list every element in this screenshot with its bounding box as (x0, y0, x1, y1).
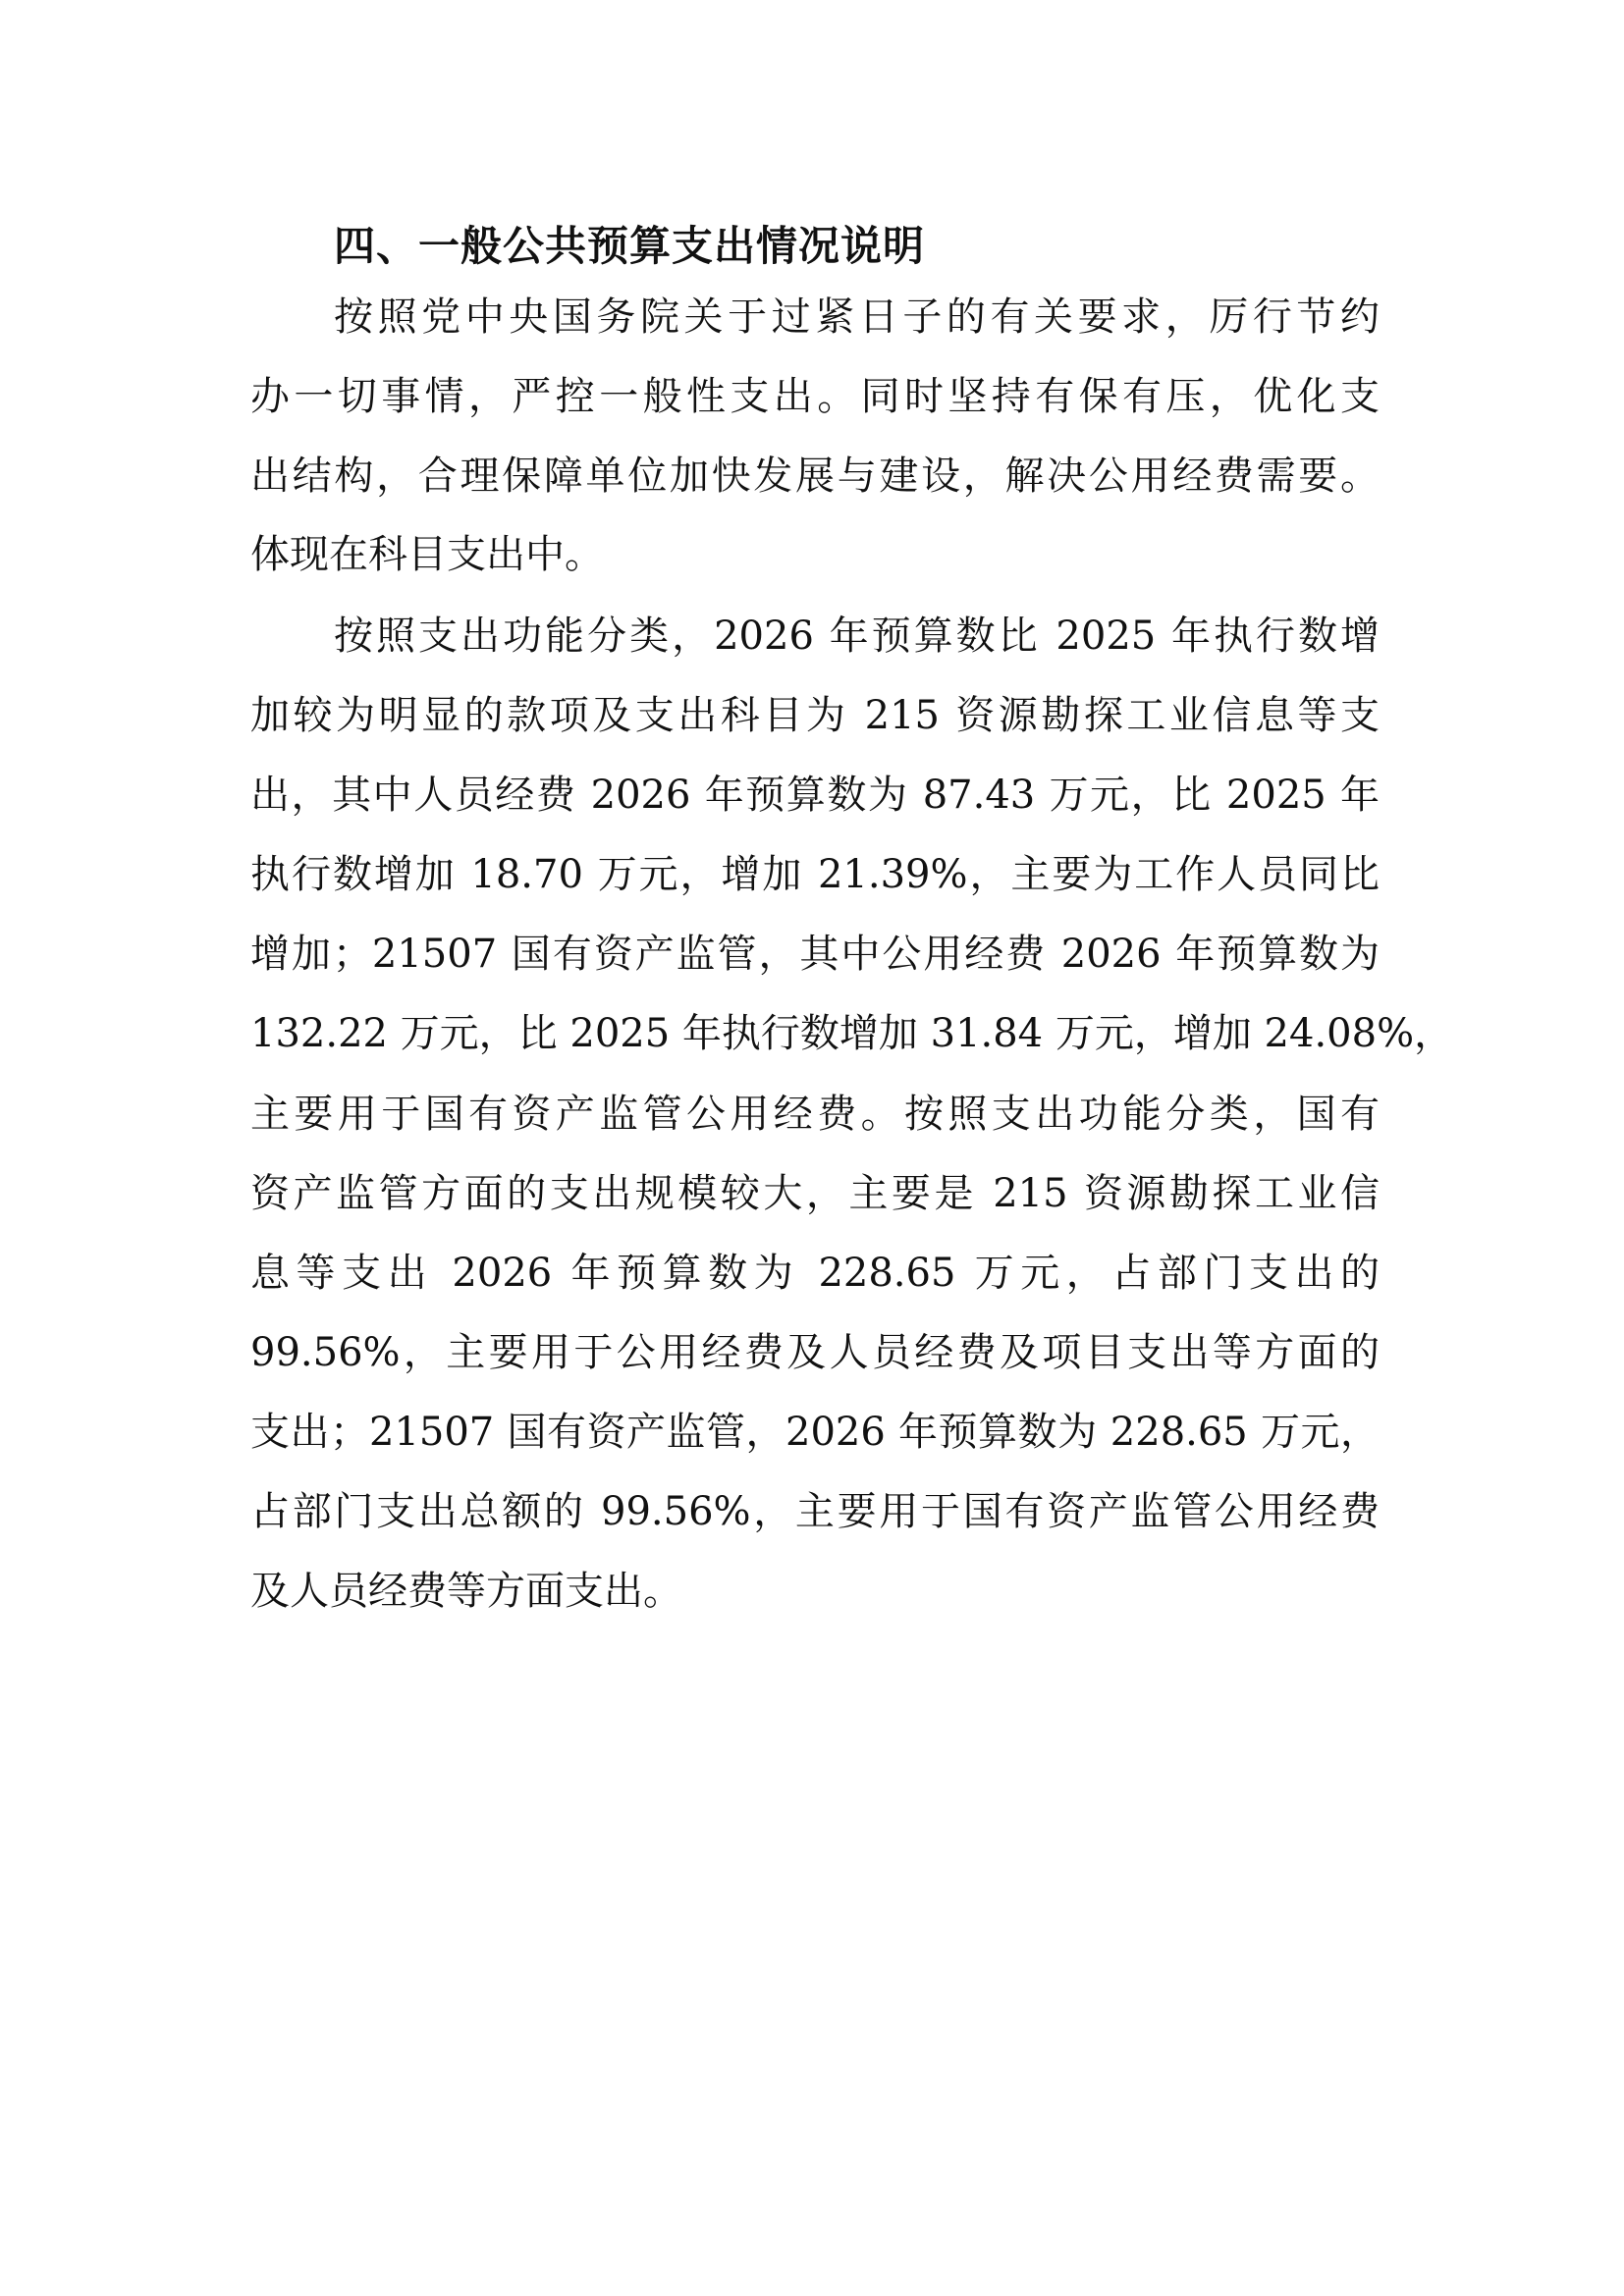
paragraph-line: 办一切事情，严控一般性支出。同时坚持有保有压，优化支 (250, 372, 1380, 421)
document-page: 四、一般公共预算支出情况说明 按照党中央国务院关于过紧日子的有关要求，厉行节约 … (0, 0, 1624, 2296)
paragraph-line: 按照支出功能分类，2026 年预算数比 2025 年执行数增 (334, 612, 1380, 661)
paragraph-line: 占部门支出总额的 99.56%，主要用于国有资产监管公用经费 (250, 1487, 1380, 1536)
paragraph-line: 息等支出 2026 年预算数为 228.65 万元，占部门支出的 (250, 1249, 1380, 1298)
paragraph-line: 支出；21507 国有资产监管，2026 年预算数为 228.65 万元， (250, 1408, 1380, 1457)
paragraph-line: 99.56%，主要用于公用经费及人员经费及项目支出等方面的 (250, 1328, 1380, 1377)
paragraph-line: 体现在科目支出中。 (250, 530, 1380, 579)
paragraph-line: 增加；21507 国有资产监管，其中公用经费 2026 年预算数为 (250, 930, 1380, 979)
paragraph-line: 按照党中央国务院关于过紧日子的有关要求，厉行节约 (334, 293, 1380, 342)
paragraph-line: 资产监管方面的支出规模较大，主要是 215 资源勘探工业信 (250, 1169, 1380, 1218)
paragraph-line: 出结构，合理保障单位加快发展与建设，解决公用经费需要。 (250, 452, 1380, 501)
paragraph-line: 及人员经费等方面支出。 (250, 1567, 1380, 1616)
paragraph-line: 执行数增加 18.70 万元，增加 21.39%，主要为工作人员同比 (250, 850, 1380, 899)
paragraph-line: 132.22 万元，比 2025 年执行数增加 31.84 万元，增加 24.0… (250, 1009, 1380, 1058)
paragraph-line: 主要用于国有资产监管公用经费。按照支出功能分类，国有 (250, 1090, 1380, 1139)
paragraph-line: 出，其中人员经费 2026 年预算数为 87.43 万元，比 2025 年 (250, 771, 1380, 820)
section-heading: 四、一般公共预算支出情况说明 (334, 214, 925, 273)
paragraph-line: 加较为明显的款项及支出科目为 215 资源勘探工业信息等支 (250, 691, 1380, 740)
